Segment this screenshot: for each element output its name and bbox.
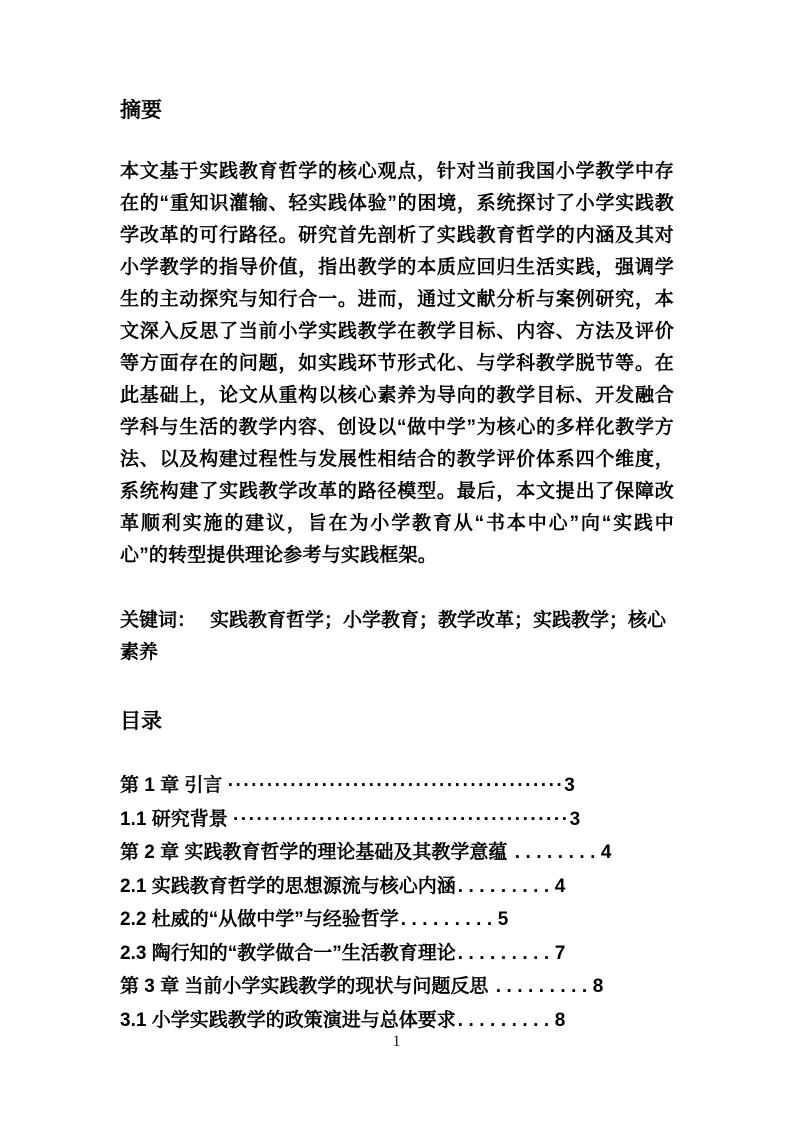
toc-entry-title: 第 2 章 实践教育哲学的理论基础及其教学意蕴 [120,842,513,863]
toc-leader-dots: ......... [458,943,555,964]
toc-leader-dots: ········································… [228,775,565,796]
page-number: 1 [393,1033,401,1050]
toc-leader-dots: ......... [458,1010,555,1031]
toc-entry-1-1[interactable]: 1.1 研究背景 ·······························… [120,803,685,837]
toc-entry-title: 1.1 研究背景 [120,809,233,830]
toc-entry-page: 3 [564,775,575,796]
page-footer: 1 [0,1033,793,1051]
toc-entry-page: 8 [593,976,604,997]
keywords-text: 实践教育哲学；小学教育；教学改革；实践教学；核心素养 [120,610,666,663]
toc-entry-page: 4 [555,876,566,897]
toc-entry-page: 7 [555,943,566,964]
abstract-title: 摘要 [120,96,162,126]
toc-entry-chapter-1[interactable]: 第 1 章 引言 ·······························… [120,769,685,803]
toc-leader-dots: ......... [496,976,593,997]
toc-entry-title: 3.1 小学实践教学的政策演进与总体要求 [120,1010,456,1031]
toc-leader-dots: ........ [515,842,601,863]
toc-entry-2-2[interactable]: 2.2 杜威的“从做中学”与经验哲学.........5 [120,903,685,937]
toc-leader-dots: ········································… [233,809,570,830]
toc-entry-page: 3 [570,809,581,830]
toc-entry-page: 8 [555,1010,566,1031]
toc-entry-page: 5 [498,909,509,930]
toc-title: 目录 [120,707,162,737]
toc-leader-dots: ......... [401,909,498,930]
abstract-paragraph: 本文基于实践教育哲学的核心观点，针对当前我国小学教学中存在的“重知识灌输、轻实践… [120,156,674,572]
toc-entry-title: 2.1 实践教育哲学的思想源流与核心内涵 [120,876,456,897]
toc-entry-title: 2.2 杜威的“从做中学”与经验哲学 [120,909,399,930]
toc-entry-page: 4 [601,842,612,863]
toc-entry-title: 2.3 陶行知的“教学做合一”生活教育理论 [120,943,456,964]
toc-entry-title: 第 1 章 引言 [120,775,228,796]
table-of-contents: 第 1 章 引言 ·······························… [120,769,685,1037]
toc-entry-title: 第 3 章 当前小学实践教学的现状与问题反思 [120,976,494,997]
keywords-label: 关键词： [120,610,196,631]
document-page: 摘要 本文基于实践教育哲学的核心观点，针对当前我国小学教学中存在的“重知识灌输、… [0,0,793,1122]
toc-entry-3-1[interactable]: 3.1 小学实践教学的政策演进与总体要求.........8 [120,1004,685,1038]
toc-entry-chapter-2[interactable]: 第 2 章 实践教育哲学的理论基础及其教学意蕴 ........4 [120,836,685,870]
toc-leader-dots: ......... [458,876,555,897]
toc-entry-2-1[interactable]: 2.1 实践教育哲学的思想源流与核心内涵.........4 [120,870,685,904]
keywords-line: 关键词：实践教育哲学；小学教育；教学改革；实践教学；核心素养 [120,605,674,669]
toc-entry-2-3[interactable]: 2.3 陶行知的“教学做合一”生活教育理论.........7 [120,937,685,971]
toc-entry-chapter-3[interactable]: 第 3 章 当前小学实践教学的现状与问题反思 .........8 [120,970,685,1004]
